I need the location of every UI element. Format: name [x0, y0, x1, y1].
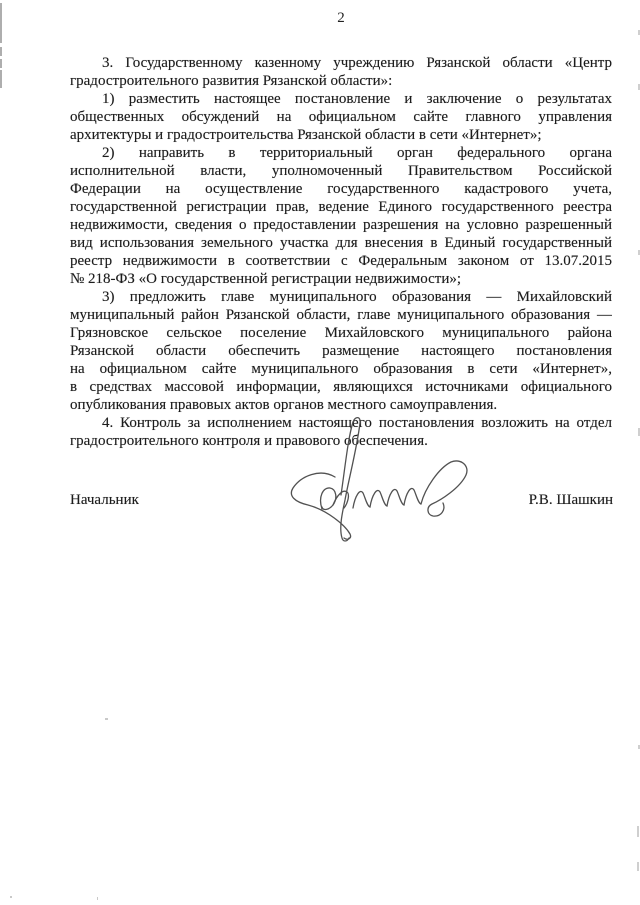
signature-scribble [275, 406, 475, 546]
document-body: 3. Государственному казенному учреждению… [70, 54, 612, 450]
scan-artifact-right-tick [637, 826, 639, 837]
signoff-role: Начальник [70, 491, 139, 509]
text-line: реестр недвижимости в соответствии с Фед… [70, 252, 612, 270]
scan-artifact-left-dash [0, 47, 2, 56]
signature-ink-svg [275, 406, 475, 546]
text-line: в средствах массовой информации, являющи… [70, 378, 612, 396]
scan-artifact-left-dash [0, 70, 2, 88]
document-page: 2 3. Государственному казенному учрежден… [0, 0, 640, 905]
scan-artifact-left-dash [0, 3, 2, 43]
text-line: государственной регистрации прав, ведени… [70, 198, 612, 216]
text-line: № 218-ФЗ «О государственной регистрации … [70, 270, 612, 288]
paragraph-subitem-2: 2) направить в территориальный орган фед… [70, 144, 612, 288]
paragraph-item-3: 3. Государственному казенному учреждению… [70, 54, 612, 90]
scan-artifact-right-tick [637, 862, 639, 871]
text-line: архитектуры и градостроительства Рязанск… [70, 126, 612, 144]
paragraph-subitem-1: 1) разместить настоящее постановление и … [70, 90, 612, 144]
scan-artifact-speck [105, 718, 108, 720]
text-line: недвижимости, сведения о предоставлении … [70, 216, 612, 234]
text-line: общественных обсуждений на официальном с… [70, 108, 612, 126]
page-number: 2 [70, 9, 612, 27]
text-line: Грязновское сельское поселение Михайловс… [70, 324, 612, 342]
scan-artifact-left-dash [0, 59, 2, 68]
text-line: муниципальный район Рязанской области, г… [70, 306, 612, 324]
signoff-name: Р.В. Шашкин [529, 491, 613, 509]
paragraph-subitem-3: 3) предложить главе муниципального образ… [70, 288, 612, 414]
scan-artifact-speck [97, 897, 98, 900]
text-line: 2) направить в территориальный орган фед… [70, 144, 612, 162]
text-line: 1) разместить настоящее постановление и … [70, 90, 612, 108]
text-line: градостроительного развития Рязанской об… [70, 72, 612, 90]
text-line: исполнительной власти, уполномоченный Пр… [70, 162, 612, 180]
text-line: 3) предложить главе муниципального образ… [70, 288, 612, 306]
text-line: на официальном сайте муниципального обра… [70, 360, 612, 378]
text-line: Федерации на осуществление государственн… [70, 180, 612, 198]
text-line: вид использования земельного участка для… [70, 234, 612, 252]
text-line: Рязанской области обеспечить размещение … [70, 342, 612, 360]
text-line: 3. Государственному казенному учреждению… [70, 54, 612, 72]
scan-artifact-speck [10, 896, 12, 898]
